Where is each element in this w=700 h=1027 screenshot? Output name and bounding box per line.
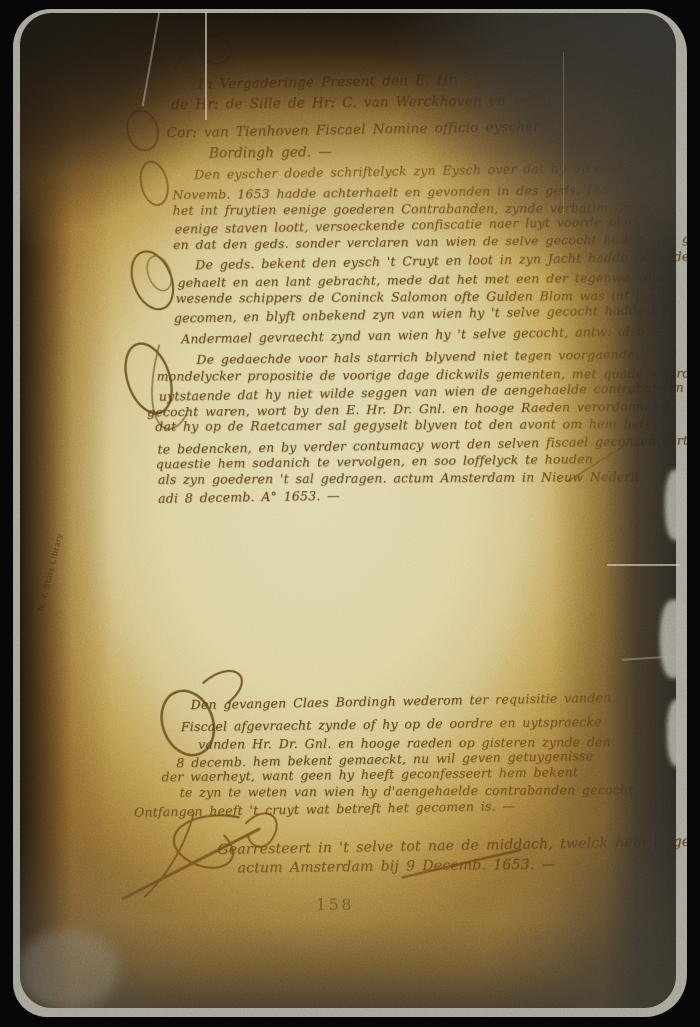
manuscript-line: als zyn goederen 't sal gedragen. actum … [158,469,644,487]
handwriting-layer: In Vergaderinge Present den E. Hr. de Hr… [15,9,683,1012]
manuscript-line: dat hy op de Raetcamer sal gegyselt blyv… [155,416,658,434]
manuscript-line: Novemb. 1653 hadde achterhaelt en gevond… [172,182,620,202]
manuscript-line: Ontfangen heeft 't cruyt wat betreft het… [134,798,515,820]
manuscript-line: Gearresteert in 't selve tot nae de midd… [217,833,687,859]
page-number: 158 [316,895,354,914]
manuscript-line: de Hr: de Sille de Hr: C. van Werckhoven… [171,93,527,114]
manuscript-line: Andermael gevraecht zynd van wien hy 't … [181,323,664,346]
manuscript-line: gehaelt en aen lant gebracht, mede dat h… [177,269,672,290]
manuscript-line: Cor: van Tienhoven Fiscael Nomine offici… [166,119,540,142]
manuscript-line: Den eyscher doede schriftelyck zyn Eysch… [194,159,623,181]
manuscript-line: gecomen, en blyft onbekend zyn van wien … [174,302,667,326]
manuscript-line: te zyn te weten van wien hy d'aengehaeld… [180,782,634,800]
manuscript-page: In Vergaderinge Present den E. Hr. de Hr… [13,9,687,1017]
manuscript-line: De gedaechde voor hals starrich blyvend … [196,346,634,366]
manuscript-line: De geds. bekent den eysch 't Cruyt en lo… [195,248,687,272]
manuscript-line: Den gevangen Claes Bordingh wederom ter … [190,690,611,712]
manuscript-photo: In Vergaderinge Present den E. Hr. de Hr… [0,0,700,1027]
manuscript-line: actum Amsterdam bij 9 Decemb. 1653. — [237,856,555,877]
manuscript-line: In Vergaderinge Present den E. Hr. [198,72,458,93]
manuscript-line: Fiscael afgevraecht zynde of hy op de oo… [181,714,602,734]
manuscript-line: Bordingh ged. — [209,144,332,162]
manuscript-line: adi 8 decemb. A° 1653. — [158,488,340,506]
